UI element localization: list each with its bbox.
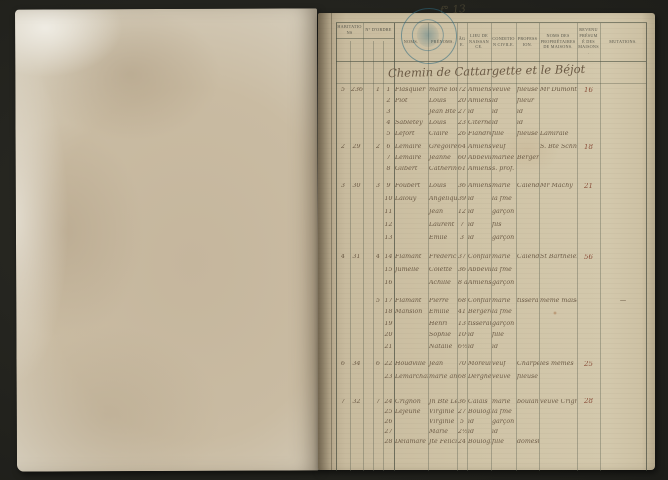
cell-nom: Houdville — [394, 361, 428, 367]
cell-lieu: Amiens — [467, 98, 491, 104]
register-row: 21Natalie6½idid — [336, 341, 646, 353]
entry-group: 22926LemaireGrégoire64AmiensveufS. Bte S… — [336, 142, 646, 175]
cell-age: 2½ — [457, 429, 467, 435]
entry-group: 732724CrignonJn Bte Léonard36Calaismarié… — [336, 397, 646, 447]
street-title-band: Chemin de Cattargette et le Béjot — [336, 62, 646, 84]
cell-age: 10½ — [457, 332, 467, 338]
cell-house-no: 2 — [373, 144, 383, 150]
cell-prenom: Frédéric — [428, 254, 457, 260]
cell-nom: Mansion — [394, 309, 428, 315]
cell-row-no: 4 — [383, 120, 394, 126]
cell-row-no: 21 — [383, 344, 394, 350]
cell-proprietaire: St Barthélemy — [539, 254, 577, 260]
cell-revenu: 25 — [577, 361, 600, 368]
cell-profession: fileur — [516, 98, 539, 104]
cell-prenom: Louis — [428, 120, 457, 126]
cell-age: 72 — [457, 87, 467, 93]
header-habitations-subcells — [336, 39, 363, 61]
register-row: 517FlamantPierre68Conflandmariétisserand… — [336, 295, 646, 307]
cell-house-no: 1 — [373, 87, 383, 93]
cell-age: 27 — [457, 409, 467, 415]
header-proprietaires: NOMS DES PROPRIÉTAIRES DE MAISONS. — [539, 22, 577, 61]
cell-revenu: 56 — [577, 254, 600, 261]
cell-profession: Bergère — [516, 155, 539, 161]
cell-lieu: Amiens — [467, 166, 491, 172]
cell-lieu: id — [467, 109, 491, 115]
cell-nom: Lemarchand — [394, 374, 428, 380]
cell-nom: Gilbert — [394, 166, 428, 172]
cell-condition: garçon — [491, 280, 516, 286]
cell-condition: garçon — [491, 321, 516, 327]
cell-condition: garçon — [491, 209, 516, 215]
rule-line — [646, 23, 647, 471]
cell-prenom: Jeanne — [428, 155, 457, 161]
cell-prenom: Jte Félicité — [428, 439, 457, 445]
cell-proprietaire: Mr Dumont — [539, 87, 577, 93]
entry-group: 634622HoudvilleJean70MoreuilveufCharpent… — [336, 358, 646, 384]
header-ordre-subcells — [363, 39, 394, 61]
cell-row-no: 8 — [383, 166, 394, 172]
register-body: 523611Flasquiermarie louise72Amiensveuve… — [336, 84, 646, 447]
cell-profession: boulanger — [516, 399, 539, 405]
cell-lieu: Amiens — [467, 144, 491, 150]
cell-prenom: marie louise — [428, 87, 457, 93]
cell-prenom: Colette — [428, 267, 457, 273]
cell-condition: veuf — [491, 144, 516, 150]
cell-prenom: Catherine — [428, 166, 457, 172]
cell-condition: marié — [491, 183, 516, 189]
cell-profession: tisserand — [516, 298, 539, 304]
cell-condition: veuve — [491, 374, 516, 380]
cell-house-no: 4 — [373, 254, 383, 260]
entry-group: 33039FoubertLouis36AmiensmariéCalendreMr… — [336, 180, 646, 245]
register-row: 13Emile3idgarçon — [336, 232, 646, 245]
cell-margin-b: 34 — [350, 361, 363, 367]
cell-revenu: 18 — [577, 144, 600, 151]
register-row: 27Marie2½idid — [336, 427, 646, 437]
register-row: 12Laurent7idfils — [336, 219, 646, 232]
cell-lieu: id — [467, 429, 491, 435]
cell-condition: id — [491, 120, 516, 126]
cell-row-no: 7 — [383, 155, 394, 161]
cell-condition: la fme — [491, 267, 516, 273]
cell-age: 68 — [457, 374, 467, 380]
cell-condition: la fme — [491, 196, 516, 202]
cell-condition: marié — [491, 298, 516, 304]
header-lieu-naissance: LIEU DE NAISSANCE. — [467, 22, 491, 61]
register-row: 16Achille8 ansAmiensgarçon — [336, 277, 646, 290]
cell-lieu: Citerne — [467, 120, 491, 126]
cell-condition: veuve — [491, 87, 516, 93]
header-age: ÂGE. — [457, 22, 467, 61]
cell-row-no: 11 — [383, 209, 394, 215]
cell-age: 61 — [457, 166, 467, 172]
cell-age: 5 — [457, 419, 467, 425]
cell-age: 39 — [457, 196, 467, 202]
cell-age: 12 — [457, 209, 467, 215]
cell-revenu: 28 — [577, 398, 600, 405]
cell-prenom: Grégoire — [428, 144, 457, 150]
cell-mutations: — — [600, 298, 646, 304]
header-habitations: HABITATIONS — [336, 22, 363, 61]
cell-nom: Lalouy — [394, 196, 428, 202]
register-row: 15JumelleColette36Abbevillela fme — [336, 264, 646, 277]
cell-profession: id — [516, 109, 539, 115]
cell-row-no: 23 — [383, 374, 394, 380]
cell-lieu: Confland — [467, 254, 491, 260]
cell-revenu: 21 — [577, 183, 600, 190]
table-header: HABITATIONS N° D'ORDRE NOMS. PRÉNOMS. ÂG… — [336, 22, 646, 62]
cell-nom: Lejeune — [394, 409, 428, 415]
register-row: 7LemaireJeanne60AbbevillemariéeBergère — [336, 153, 646, 164]
register-row: 19Henri13tisserandgarçon — [336, 318, 646, 330]
register-row: 11Jean12idgarçon — [336, 206, 646, 219]
cell-profession: Calendre — [516, 183, 539, 189]
cell-prenom: Louis — [428, 98, 457, 104]
street-title: Chemin de Cattargette et le Béjot — [388, 62, 585, 80]
cell-row-no: 9 — [383, 183, 394, 189]
header-profession: PROFESSION. — [516, 22, 539, 61]
cell-row-no: 27 — [383, 429, 394, 435]
header-condition-civile: CONDITION CIVILE. — [491, 22, 516, 61]
cell-prenom: Pierre — [428, 298, 457, 304]
cell-condition: fille — [491, 332, 516, 338]
cell-condition: la fme — [491, 409, 516, 415]
cell-prenom: Jean — [428, 361, 457, 367]
cell-house-no: 5 — [373, 298, 383, 304]
cell-row-no: 17 — [383, 298, 394, 304]
cell-prenom: Emile — [428, 235, 457, 241]
cell-row-no: 15 — [383, 267, 394, 273]
cell-lieu: Amiens — [467, 87, 491, 93]
right-register-page: HABITATIONS N° D'ORDRE NOMS. PRÉNOMS. ÂG… — [318, 13, 655, 470]
cell-condition: id — [491, 429, 516, 435]
cell-row-no: 12 — [383, 222, 394, 228]
cell-row-no: 3 — [383, 109, 394, 115]
cell-age: 36 — [457, 267, 467, 273]
cell-condition: s. prof. — [491, 166, 516, 172]
cell-profession: Charpentier — [516, 361, 539, 367]
cell-row-no: 28 — [383, 439, 394, 445]
cell-margin-b: 31 — [350, 254, 363, 260]
header-ordre: N° D'ORDRE — [363, 22, 394, 61]
cell-lieu: id — [467, 419, 491, 425]
cell-lieu: Confland — [467, 298, 491, 304]
register-row: 5LefortClaire26FlandresfillefileuseLamir… — [336, 129, 646, 140]
cell-condition: marié — [491, 254, 516, 260]
cell-lieu: tisserand — [467, 321, 491, 327]
cell-age: 23 — [457, 120, 467, 126]
cell-prenom: Natalie — [428, 344, 457, 350]
cell-age: 13 — [457, 321, 467, 327]
cell-nom: Flamant — [394, 298, 428, 304]
register-row: 10LalouyAngélique39idla fme — [336, 193, 646, 206]
cell-profession: Calendrier — [516, 254, 539, 260]
cell-lieu: id — [467, 196, 491, 202]
cell-condition: garçon — [491, 235, 516, 241]
register-row: 26Virginie5idgarçon — [336, 417, 646, 427]
cell-condition: garçon — [491, 419, 516, 425]
cell-nom: Flasquier — [394, 87, 428, 93]
cell-lieu: Abbeville — [467, 267, 491, 273]
cell-nom: Lemaire — [394, 155, 428, 161]
cell-margin-b: 32 — [350, 399, 363, 405]
cell-row-no: 18 — [383, 309, 394, 315]
register-row: 2PiotLouis20Amiensidfileur — [336, 96, 646, 107]
cell-profession: fileuse — [516, 131, 539, 137]
register-row: 431414FlamantFrédéric37ConflandmariéCale… — [336, 251, 646, 264]
cell-nom: Sabletey — [394, 120, 428, 126]
cell-prenom: Marie — [428, 429, 457, 435]
register-row: 28DelamareJte Félicité24Boulognefilledom… — [336, 437, 646, 447]
cell-profession: id — [516, 120, 539, 126]
cell-revenu: 16 — [577, 87, 600, 94]
register-row: 523611Flasquiermarie louise72Amiensveuve… — [336, 85, 646, 96]
header-mutations: MUTATIONS. — [600, 22, 646, 61]
cell-age: 8 ans — [457, 280, 467, 286]
cell-lieu: id — [467, 344, 491, 350]
cell-condition: fille — [491, 131, 516, 137]
cell-condition: fils — [491, 222, 516, 228]
left-blank-page — [15, 8, 319, 471]
cell-proprietaire: les mêmes — [539, 361, 577, 367]
cell-condition: id — [491, 109, 516, 115]
cell-prenom: Sophie — [428, 332, 457, 338]
cell-margin-a: 7 — [336, 399, 350, 405]
cell-row-no: 26 — [383, 419, 394, 425]
cell-lieu: id — [467, 332, 491, 338]
cell-lieu: Boulogne — [467, 439, 491, 445]
cell-nom: Lefort — [394, 131, 428, 137]
cell-row-no: 19 — [383, 321, 394, 327]
cell-row-no: 13 — [383, 235, 394, 241]
register-row: 732724CrignonJn Bte Léonard36Calaismarié… — [336, 397, 646, 407]
cell-condition: veuf — [491, 361, 516, 367]
cell-margin-a: 5 — [336, 87, 350, 93]
cell-nom: Piot — [394, 98, 428, 104]
cell-row-no: 16 — [383, 280, 394, 286]
cell-row-no: 14 — [383, 254, 394, 260]
cell-lieu: id — [467, 222, 491, 228]
cell-age: 41 — [457, 309, 467, 315]
cell-prenom: Virginie — [428, 419, 457, 425]
cell-age: 24 — [457, 439, 467, 445]
register-row: 23Lemarchandmarie anne68Dergheimveuvefil… — [336, 371, 646, 384]
cell-lieu: Amiens — [467, 183, 491, 189]
cell-nom: Foubert — [394, 183, 428, 189]
cell-prenom: marie anne — [428, 374, 457, 380]
cell-age: 60 — [457, 155, 467, 161]
cell-age: 37 — [457, 254, 467, 260]
register-row: 25LejeuneVirginie27Boulognela fme — [336, 407, 646, 417]
header-revenu: REVENU PRÉSUMÉ DES MAISONS. — [577, 22, 600, 61]
cell-age: 36 — [457, 399, 467, 405]
cell-margin-a: 6 — [336, 361, 350, 367]
cell-lieu: Flandres — [467, 131, 491, 137]
gutter-fold-line — [331, 13, 332, 470]
entry-group: 523611Flasquiermarie louise72Amiensveuve… — [336, 85, 646, 140]
register-row: 22926LemaireGrégoire64AmiensveufS. Bte S… — [336, 142, 646, 153]
cell-margin-a: 3 — [336, 183, 350, 189]
cell-profession: fileuse — [516, 87, 539, 93]
cell-age: 6½ — [457, 344, 467, 350]
cell-nom: Lemaire — [394, 144, 428, 150]
cell-age: 36 — [457, 183, 467, 189]
cell-condition: marié — [491, 399, 516, 405]
cell-prenom: Louis — [428, 183, 457, 189]
cell-margin-a: 2 — [336, 144, 350, 150]
register-row: 8GilbertCatherine61Amienss. prof. — [336, 164, 646, 175]
cell-margin-b: 30 — [350, 183, 363, 189]
cell-nom: Crignon — [394, 399, 428, 405]
cell-age: 7 — [457, 222, 467, 228]
cell-margin-a: 4 — [336, 254, 350, 260]
register-row: 33039FoubertLouis36AmiensmariéCalendreMr… — [336, 180, 646, 193]
cell-condition: id — [491, 98, 516, 104]
cell-house-no: 3 — [373, 183, 383, 189]
cell-prenom: Laurent — [428, 222, 457, 228]
cell-age: 64 — [457, 144, 467, 150]
cell-age: 26 — [457, 131, 467, 137]
cell-prenom: Jean Bte — [428, 109, 457, 115]
cell-condition: mariée — [491, 155, 516, 161]
cell-prenom: Henri — [428, 321, 457, 327]
cell-lieu: Calais — [467, 399, 491, 405]
cell-row-no: 20 — [383, 332, 394, 338]
register-row: 634622HoudvilleJean70MoreuilveufCharpent… — [336, 358, 646, 371]
cell-prenom: Virginie — [428, 409, 457, 415]
cell-condition: la fme — [491, 309, 516, 315]
cell-lieu: Amiens — [467, 280, 491, 286]
cell-prenom: Jn Bte Léonard — [428, 399, 457, 405]
register-row: 3Jean Bte27ididid — [336, 107, 646, 118]
register-row: 18MansionÉmilie41Bergèrela fme — [336, 307, 646, 319]
cell-nom: Delamare — [394, 439, 428, 445]
cell-lieu: Abbeville — [467, 155, 491, 161]
scanned-register-view: f° 13 HABITATIONS N° D'ORDRE NOMS. PRÉNO… — [0, 0, 668, 480]
cell-age: 3 — [457, 235, 467, 241]
register-row: 4SableteyLouis23Citerneidid — [336, 118, 646, 129]
header-habitations-label: HABITATIONS — [336, 22, 363, 39]
cell-nom: Jumelle — [394, 267, 428, 273]
cell-proprietaire: Mr Machy — [539, 183, 577, 189]
cell-house-no: 6 — [373, 361, 383, 367]
cell-row-no: 10 — [383, 196, 394, 202]
entry-group: 517FlamantPierre68Conflandmariétisserand… — [336, 295, 646, 353]
cell-age: 68 — [457, 298, 467, 304]
cell-profession: domestique — [516, 439, 539, 445]
cell-prenom: Angélique — [428, 196, 457, 202]
cell-proprietaire: veuve Crignon — [539, 399, 577, 405]
cell-profession: fileuse — [516, 374, 539, 380]
cell-row-no: 22 — [383, 361, 394, 367]
cell-row-no: 6 — [383, 144, 394, 150]
cell-lieu: Bergère — [467, 309, 491, 315]
cell-margin-b: 29 — [350, 144, 363, 150]
cell-lieu: Dergheim — [467, 374, 491, 380]
cell-row-no: 2 — [383, 98, 394, 104]
header-ordre-label: N° D'ORDRE — [363, 22, 394, 39]
cell-condition: fille — [491, 439, 516, 445]
cell-nom: Flamant — [394, 254, 428, 260]
cell-margin-b: 236 — [350, 87, 363, 93]
cell-condition: id — [491, 344, 516, 350]
entry-group: 431414FlamantFrédéric37ConflandmariéCale… — [336, 251, 646, 290]
cell-proprietaire: S. Bte Schneider — [539, 144, 577, 150]
cell-age: 20 — [457, 98, 467, 104]
cell-proprietaire: même maison — [539, 298, 577, 304]
cell-prenom: Achille — [428, 280, 457, 286]
cell-lieu: id — [467, 209, 491, 215]
cell-lieu: id — [467, 235, 491, 241]
cell-lieu: Moreuil — [467, 361, 491, 367]
cell-age: 27 — [457, 109, 467, 115]
cell-prenom: Jean — [428, 209, 457, 215]
cell-lieu: Boulogne — [467, 409, 491, 415]
cell-age: 70 — [457, 361, 467, 367]
cell-row-no: 1 — [383, 87, 394, 93]
cell-prenom: Claire — [428, 131, 457, 137]
cell-row-no: 5 — [383, 131, 394, 137]
cell-proprietaire: Lamirale — [539, 131, 577, 137]
cell-row-no: 24 — [383, 399, 394, 405]
cell-house-no: 7 — [373, 399, 383, 405]
cell-prenom: Émilie — [428, 309, 457, 315]
register-row: 20Sophie10½idfille — [336, 330, 646, 342]
cell-row-no: 25 — [383, 409, 394, 415]
